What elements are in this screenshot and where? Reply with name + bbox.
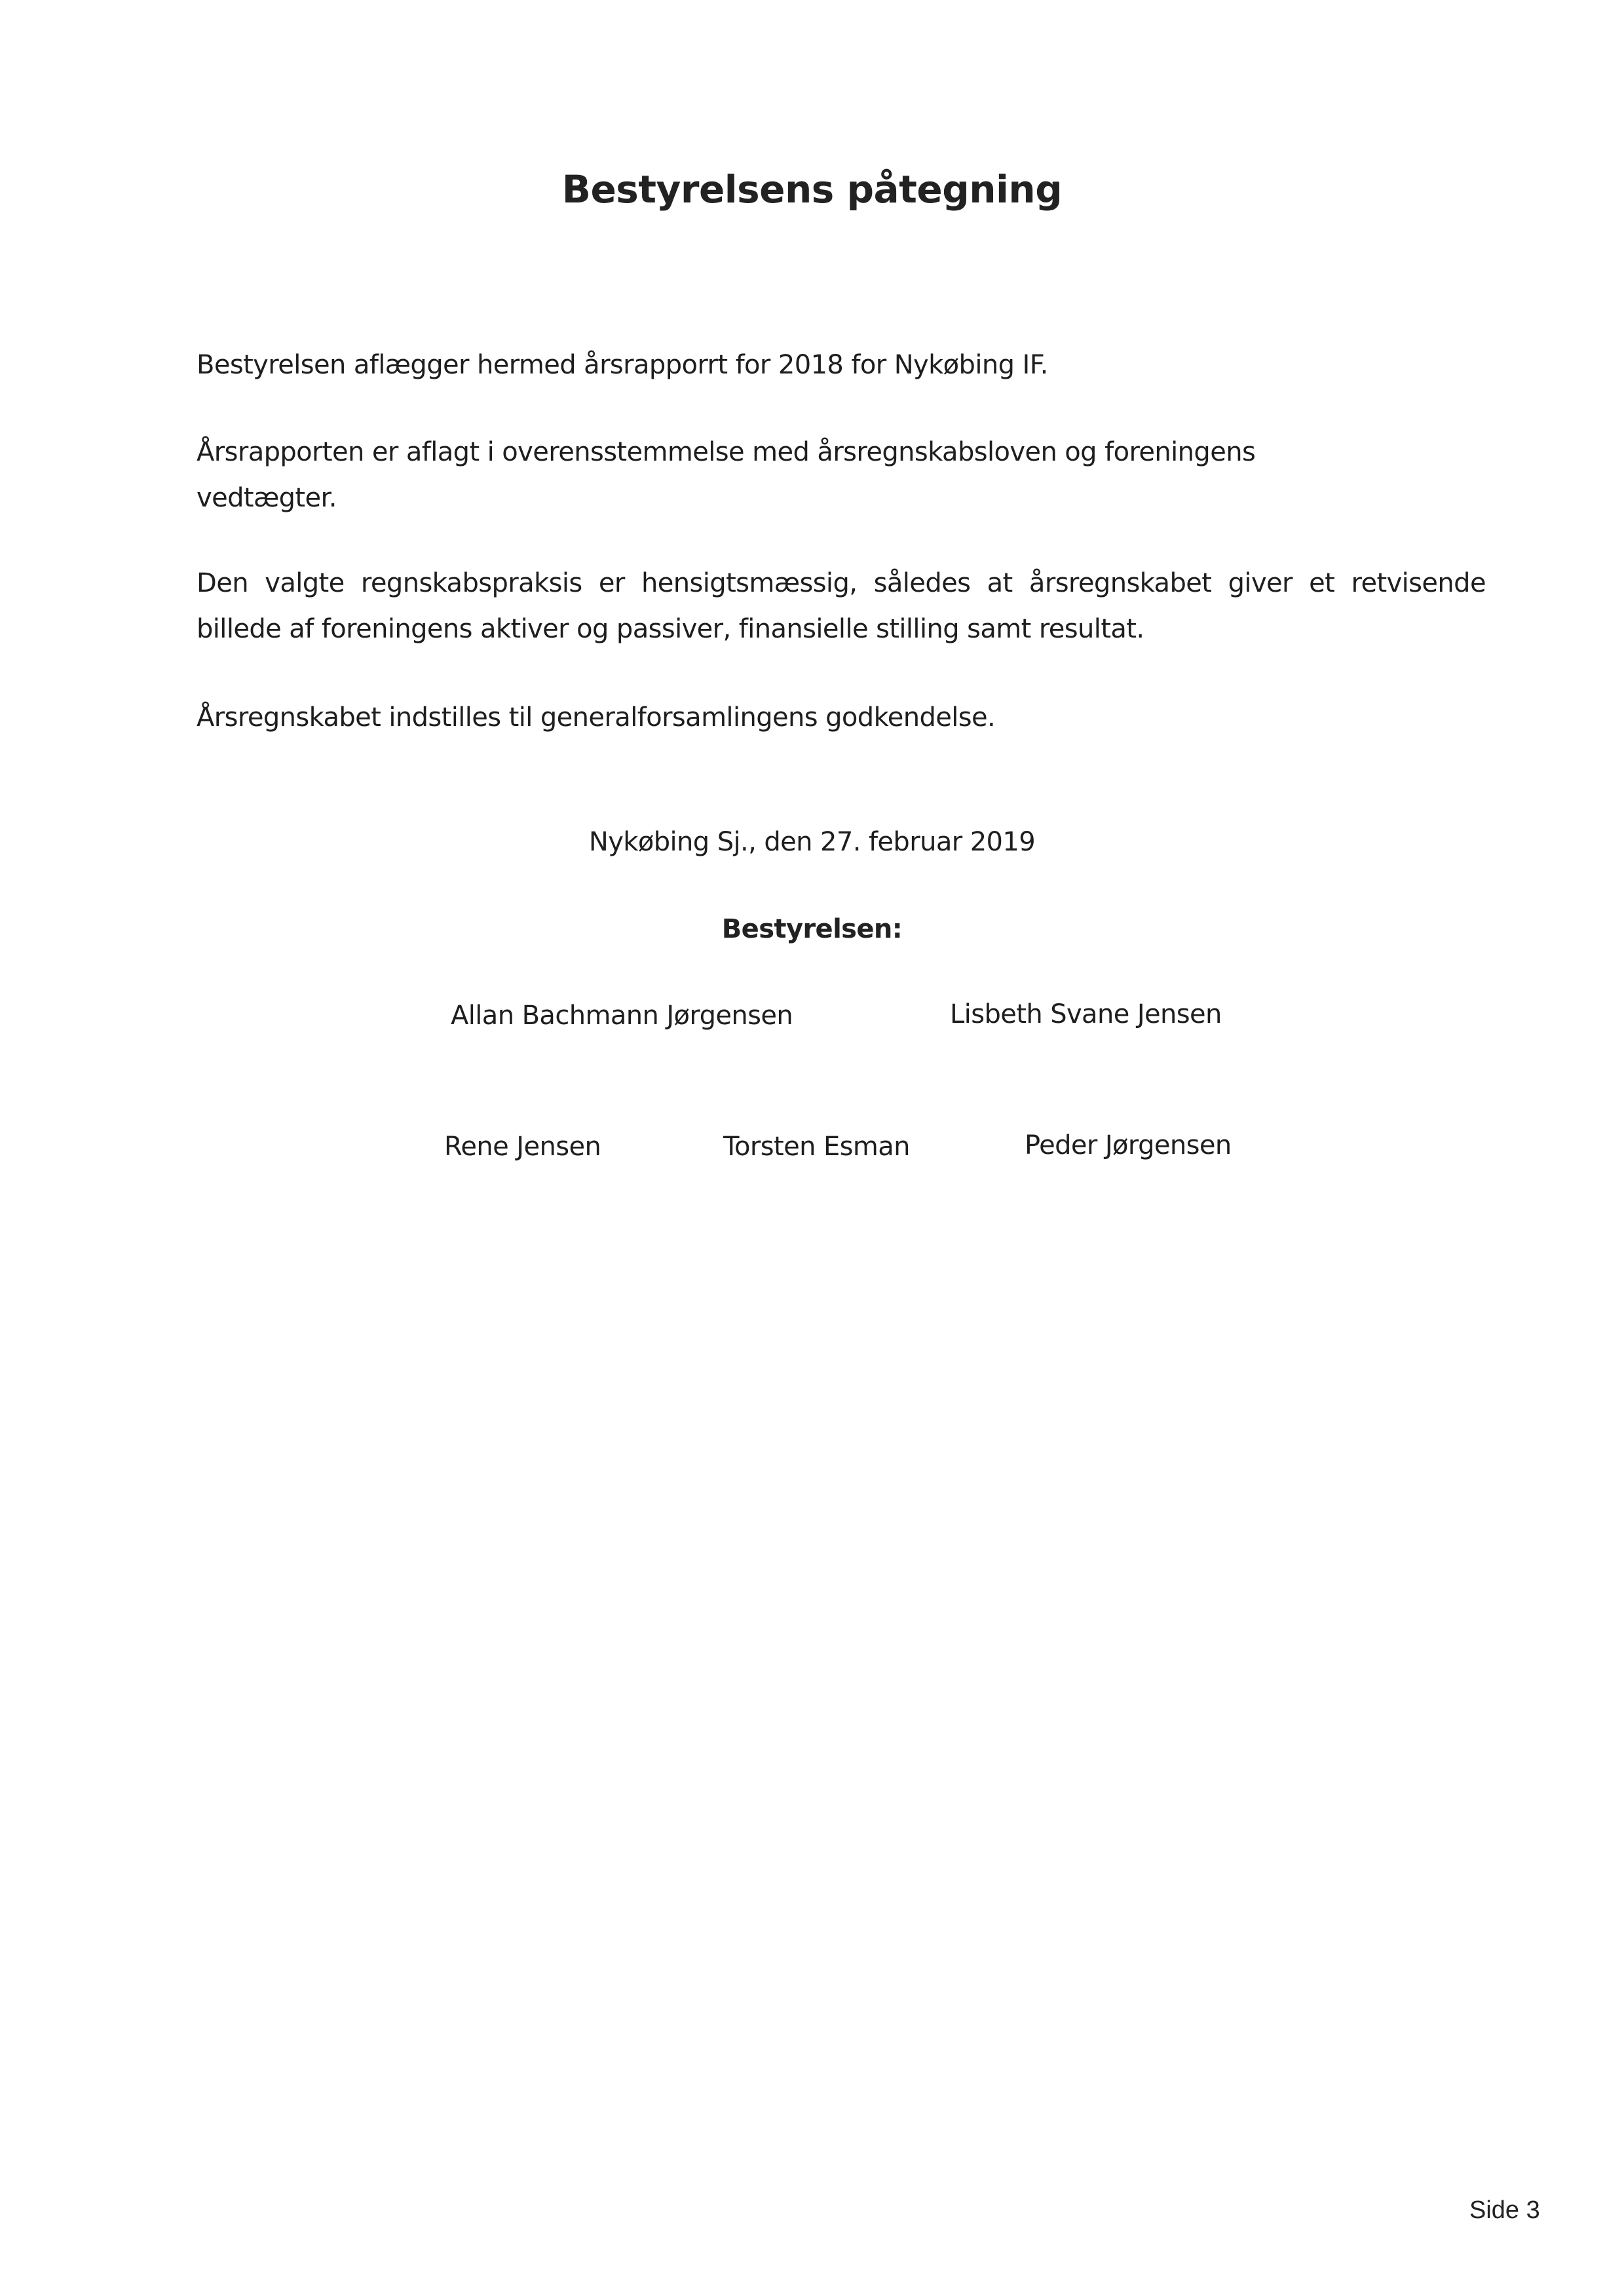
paragraph-annual-report-statement: Bestyrelsen aflægger hermed årsrapporrt … <box>197 342 1441 388</box>
paragraph-compliance-statement: Årsrapporten er aflagt i overensstemmels… <box>197 429 1310 521</box>
signatory-name: Allan Bachmann Jørgensen <box>451 1001 793 1031</box>
page-title: Bestyrelsens påtegning <box>0 167 1624 212</box>
paragraph-approval-recommendation: Årsregnskabet indstilles til generalfors… <box>197 695 1441 740</box>
signatory-name: Rene Jensen <box>444 1132 601 1162</box>
page-number: Side 3 <box>1469 2196 1540 2225</box>
signatory-name: Torsten Esman <box>723 1132 910 1162</box>
signatory-name: Peder Jørgensen <box>1025 1130 1232 1160</box>
place-and-date: Nykøbing Sj., den 27. februar 2019 <box>0 827 1624 857</box>
document-page: Bestyrelsens påtegning Bestyrelsen aflæg… <box>0 0 1624 2296</box>
board-heading: Bestyrelsen: <box>0 914 1624 944</box>
paragraph-accounting-practice: Den valgte regnskabspraksis er hensigtsm… <box>197 560 1486 652</box>
signatory-name: Lisbeth Svane Jensen <box>950 999 1222 1029</box>
